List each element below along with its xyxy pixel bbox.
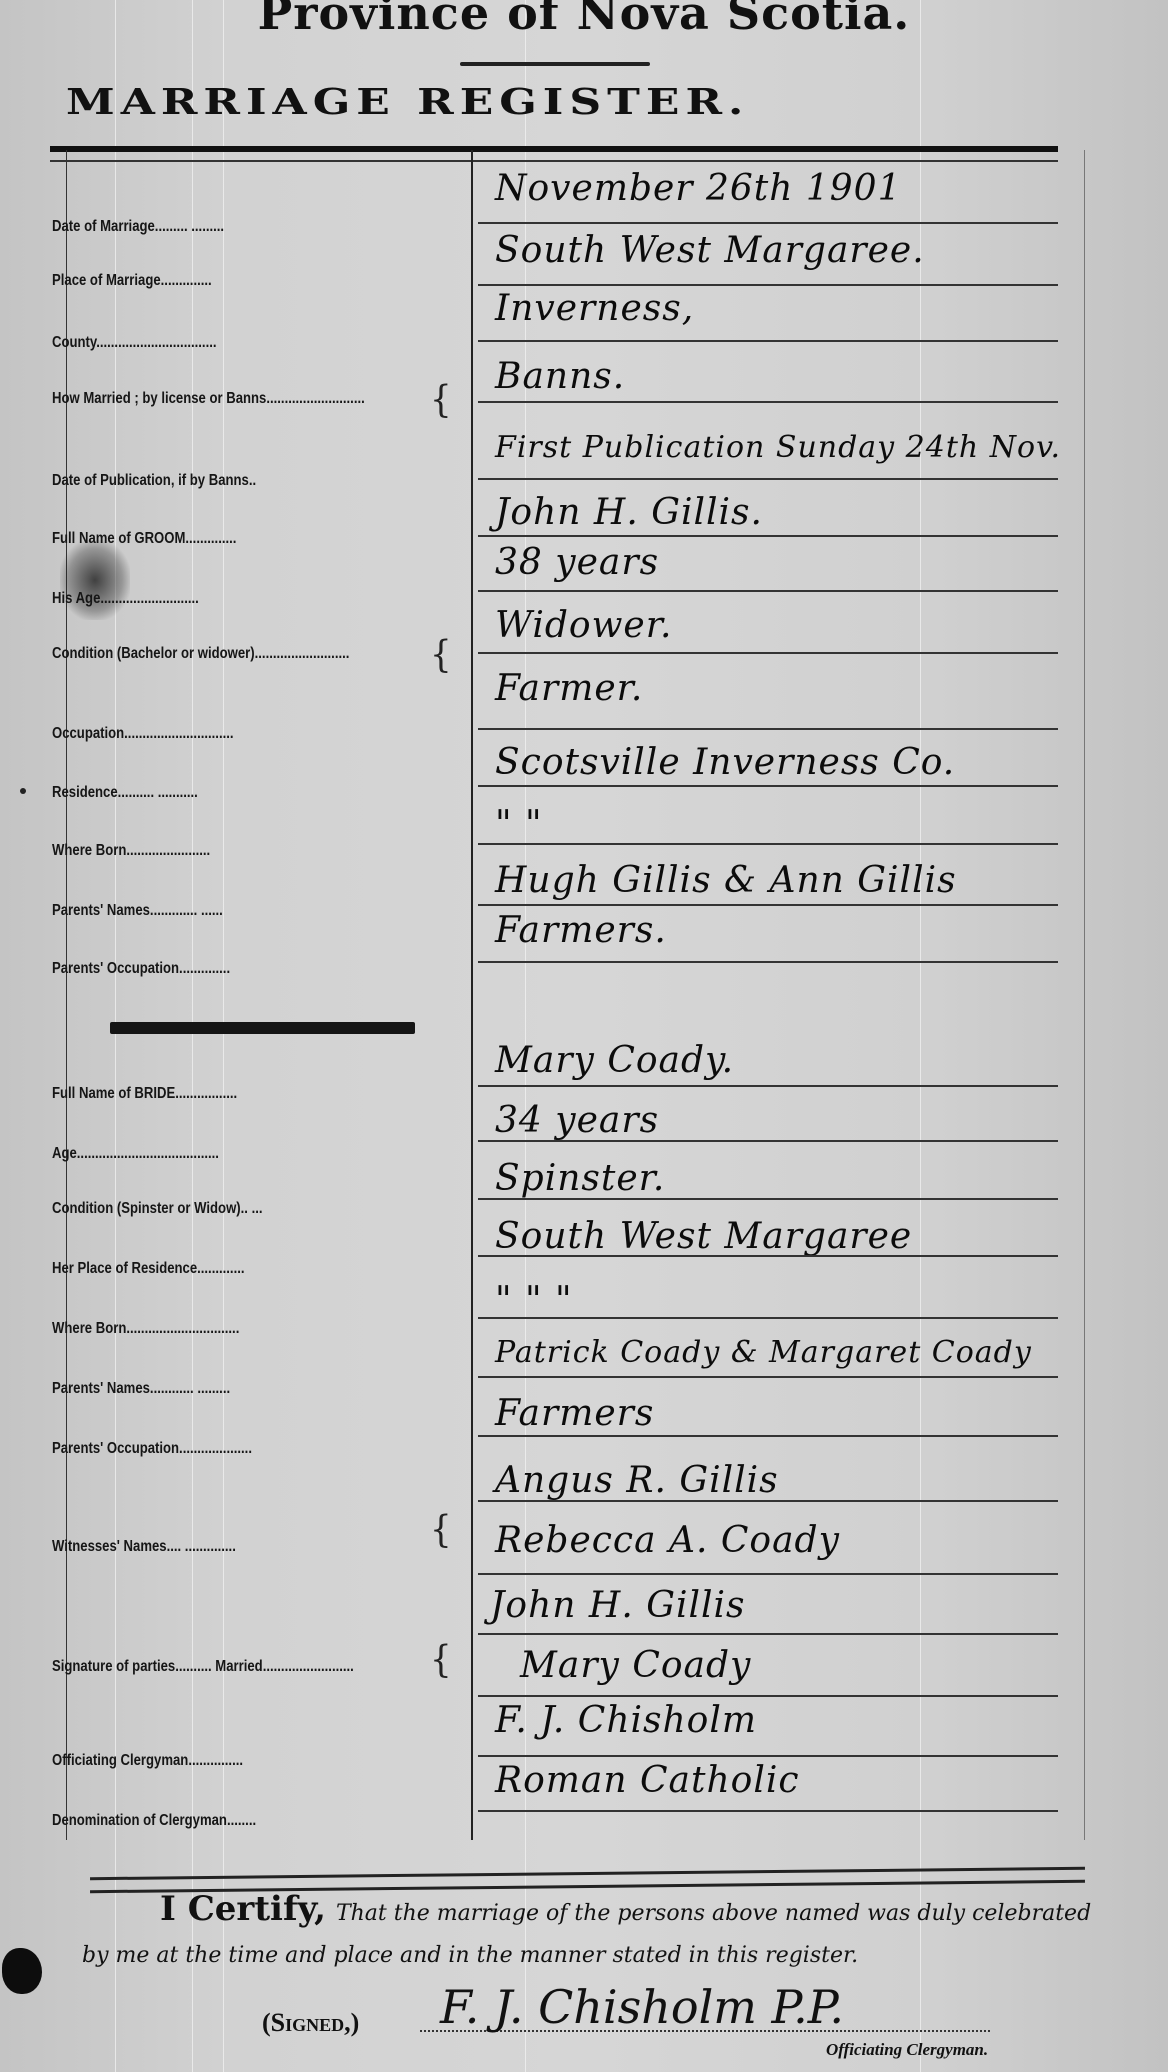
brace: { [430, 633, 452, 677]
certify-lead: I Certify, [82, 1889, 326, 1929]
answer-line [478, 1810, 1058, 1812]
answer-line [478, 728, 1058, 730]
answer-line [478, 1376, 1058, 1378]
field-label: Parents' Names............ ......... [52, 1380, 230, 1398]
answer-line [478, 1435, 1058, 1437]
brace: { [430, 1508, 452, 1552]
field-value: Mary Coady. [495, 1040, 734, 1081]
field-label: Occupation.............................. [52, 725, 234, 743]
field-value: 38 years [495, 542, 659, 583]
answer-line [478, 590, 1058, 592]
field-value: Patrick Coady & Margaret Coady [495, 1335, 1032, 1370]
field-label: Where Born..............................… [52, 1320, 239, 1338]
header-rule-thin [50, 160, 1058, 162]
field-label: Date of Publication, if by Banns.. [52, 472, 256, 490]
field-value: November 26th 1901 [495, 168, 901, 209]
title-ornament [460, 62, 650, 66]
clergy-signature: F. J. Chisholm P.P. [440, 1980, 844, 2034]
field-label: Denomination of Clergyman........ [52, 1812, 256, 1830]
field-value: Hugh Gillis & Ann Gillis [495, 860, 957, 901]
brace: { [430, 378, 452, 422]
answer-line [478, 401, 1058, 403]
field-label: Parents' Occupation.................... [52, 1440, 252, 1458]
answer-line [478, 1633, 1058, 1635]
field-value: 34 years [495, 1100, 659, 1141]
answer-line [478, 1140, 1058, 1142]
speck [20, 788, 26, 794]
field-value: First Publication Sunday 24th Nov. [495, 430, 1061, 465]
answer-line [478, 1085, 1058, 1087]
ink-smudge [60, 540, 130, 620]
field-label: Officiating Clergyman............... [52, 1752, 243, 1770]
signed-label: (Signed,) [262, 2008, 359, 2038]
field-value: Widower. [495, 605, 672, 646]
witnesses-label: Witnesses' Names.... .............. [52, 1538, 236, 1556]
answer-line [478, 1317, 1058, 1319]
field-value: South West Margaree [495, 1216, 912, 1257]
scan-line [920, 0, 921, 2072]
field-label: Her Place of Residence............. [52, 1260, 245, 1278]
field-label: Where Born....................... [52, 842, 210, 860]
answer-line [478, 652, 1058, 654]
field-value: Spinster. [495, 1158, 665, 1199]
signatures-label: Signature of parties.......... Married..… [52, 1658, 372, 1675]
answer-line [478, 222, 1058, 224]
field-value: Banns. [495, 356, 625, 397]
certification-statement: I Certify,That the marriage of the perso… [82, 1888, 1092, 1977]
field-label: Parents' Names............. ...... [52, 902, 223, 920]
answer-line [478, 1755, 1058, 1757]
answer-line [478, 340, 1058, 342]
field-label: How Married ; by license or Banns.......… [52, 390, 380, 407]
answer-line [478, 785, 1058, 787]
field-label: Full Name of GROOM.............. [52, 530, 236, 548]
field-label: His Age........................... [52, 590, 199, 608]
field-value: Scotsville Inverness Co. [495, 742, 955, 783]
field-label: Date of Marriage......... ......... [52, 218, 224, 236]
right-border [1084, 150, 1085, 1840]
answer-line [478, 1500, 1058, 1502]
section-separator [110, 1022, 415, 1034]
brace: { [430, 1638, 452, 1682]
answer-line [478, 1573, 1058, 1575]
field-label: Residence.......... ........... [52, 784, 198, 802]
signer-title: Officiating Clergyman. [826, 2040, 988, 2060]
field-value: Farmers. [495, 910, 667, 951]
signature-groom-value: John H. Gillis [490, 1585, 746, 1626]
field-value: South West Margaree. [495, 230, 925, 271]
answer-line [478, 1695, 1058, 1697]
field-label: Condition (Spinster or Widow).. ... [52, 1200, 263, 1218]
witness-1-value: Angus R. Gillis [495, 1460, 779, 1501]
register-title: MARRIAGE REGISTER. [66, 82, 749, 123]
answer-line [478, 1198, 1058, 1200]
field-label: Condition (Bachelor or widower).........… [52, 645, 380, 662]
column-divider [471, 150, 473, 1840]
ink-blot [2, 1948, 42, 1994]
field-label: Age.....................................… [52, 1145, 219, 1163]
field-value: Roman Catholic [495, 1760, 800, 1801]
answer-line [478, 843, 1058, 845]
footer-rule [90, 1867, 1085, 1880]
field-value: " " " [495, 1280, 573, 1321]
province-title: Province of Nova Scotia. [0, 0, 1168, 40]
signature-bride-value: Mary Coady [520, 1645, 751, 1686]
field-value: John H. Gillis. [495, 492, 763, 533]
header-rule [50, 146, 1058, 152]
field-label: Full Name of BRIDE................. [52, 1085, 237, 1103]
answer-line [478, 1255, 1058, 1257]
register-page: Province of Nova Scotia. MARRIAGE REGIST… [0, 0, 1168, 2072]
field-value: Inverness, [495, 288, 694, 329]
answer-line [478, 284, 1058, 286]
witness-2-value: Rebecca A. Coady [495, 1520, 840, 1561]
field-label: Place of Marriage.............. [52, 272, 212, 290]
field-value: F. J. Chisholm [495, 1700, 757, 1741]
answer-line [478, 535, 1058, 537]
answer-line [478, 961, 1058, 963]
field-value: Farmers [495, 1393, 654, 1434]
answer-line [478, 478, 1058, 480]
field-label: Parents' Occupation.............. [52, 960, 230, 978]
field-value: " " [495, 804, 543, 845]
field-label: County................................. [52, 334, 216, 352]
field-value: Farmer. [495, 668, 643, 709]
answer-line [478, 904, 1058, 906]
